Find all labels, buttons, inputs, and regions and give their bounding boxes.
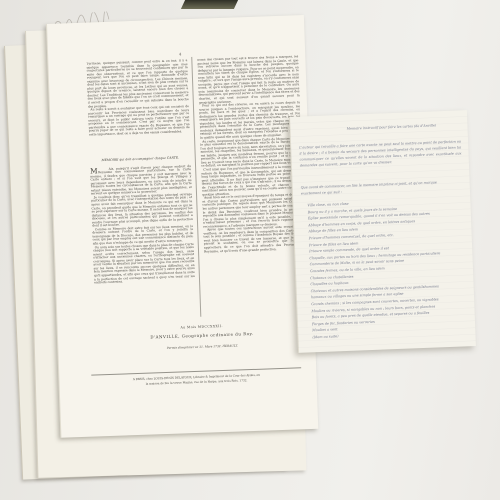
column1-body-text: MAis, puisqu'il s'agit d'avoir pour chaq… <box>90 161 196 318</box>
photo-of-documents: 4 Tyrrhene, quoique puissant, comme peut… <box>0 0 500 500</box>
manuscript-paragraph-1: L'auteur qui travaille a faire une carte… <box>299 138 462 168</box>
column1-continuation-text: Tyrrhene, quoique puissant, comme peut e… <box>86 59 190 156</box>
manuscript-paragraph-2: Que avant de commencer, on lise le memoi… <box>301 179 453 197</box>
dark-object-top-edge <box>181 0 238 9</box>
manuscript-page: Memoire instructif pour faire les cartes… <box>289 110 476 353</box>
manuscript-list: Ville close, ou non close Bourg ou il y … <box>307 196 472 341</box>
column1-body-paragraphs: Ais, puisqu'il s'agit d'avoir pour chaqu… <box>90 164 196 285</box>
page-number: 4 <box>179 52 181 56</box>
imprimatur-line: Permis d'imprimer ce 31. Mars 1732. HERA… <box>96 341 308 352</box>
printed-page: 4 Tyrrhene, quoique puissant, comme peut… <box>46 15 318 438</box>
manuscript-title: Memoire instructif pour faire les cartes… <box>318 122 464 132</box>
